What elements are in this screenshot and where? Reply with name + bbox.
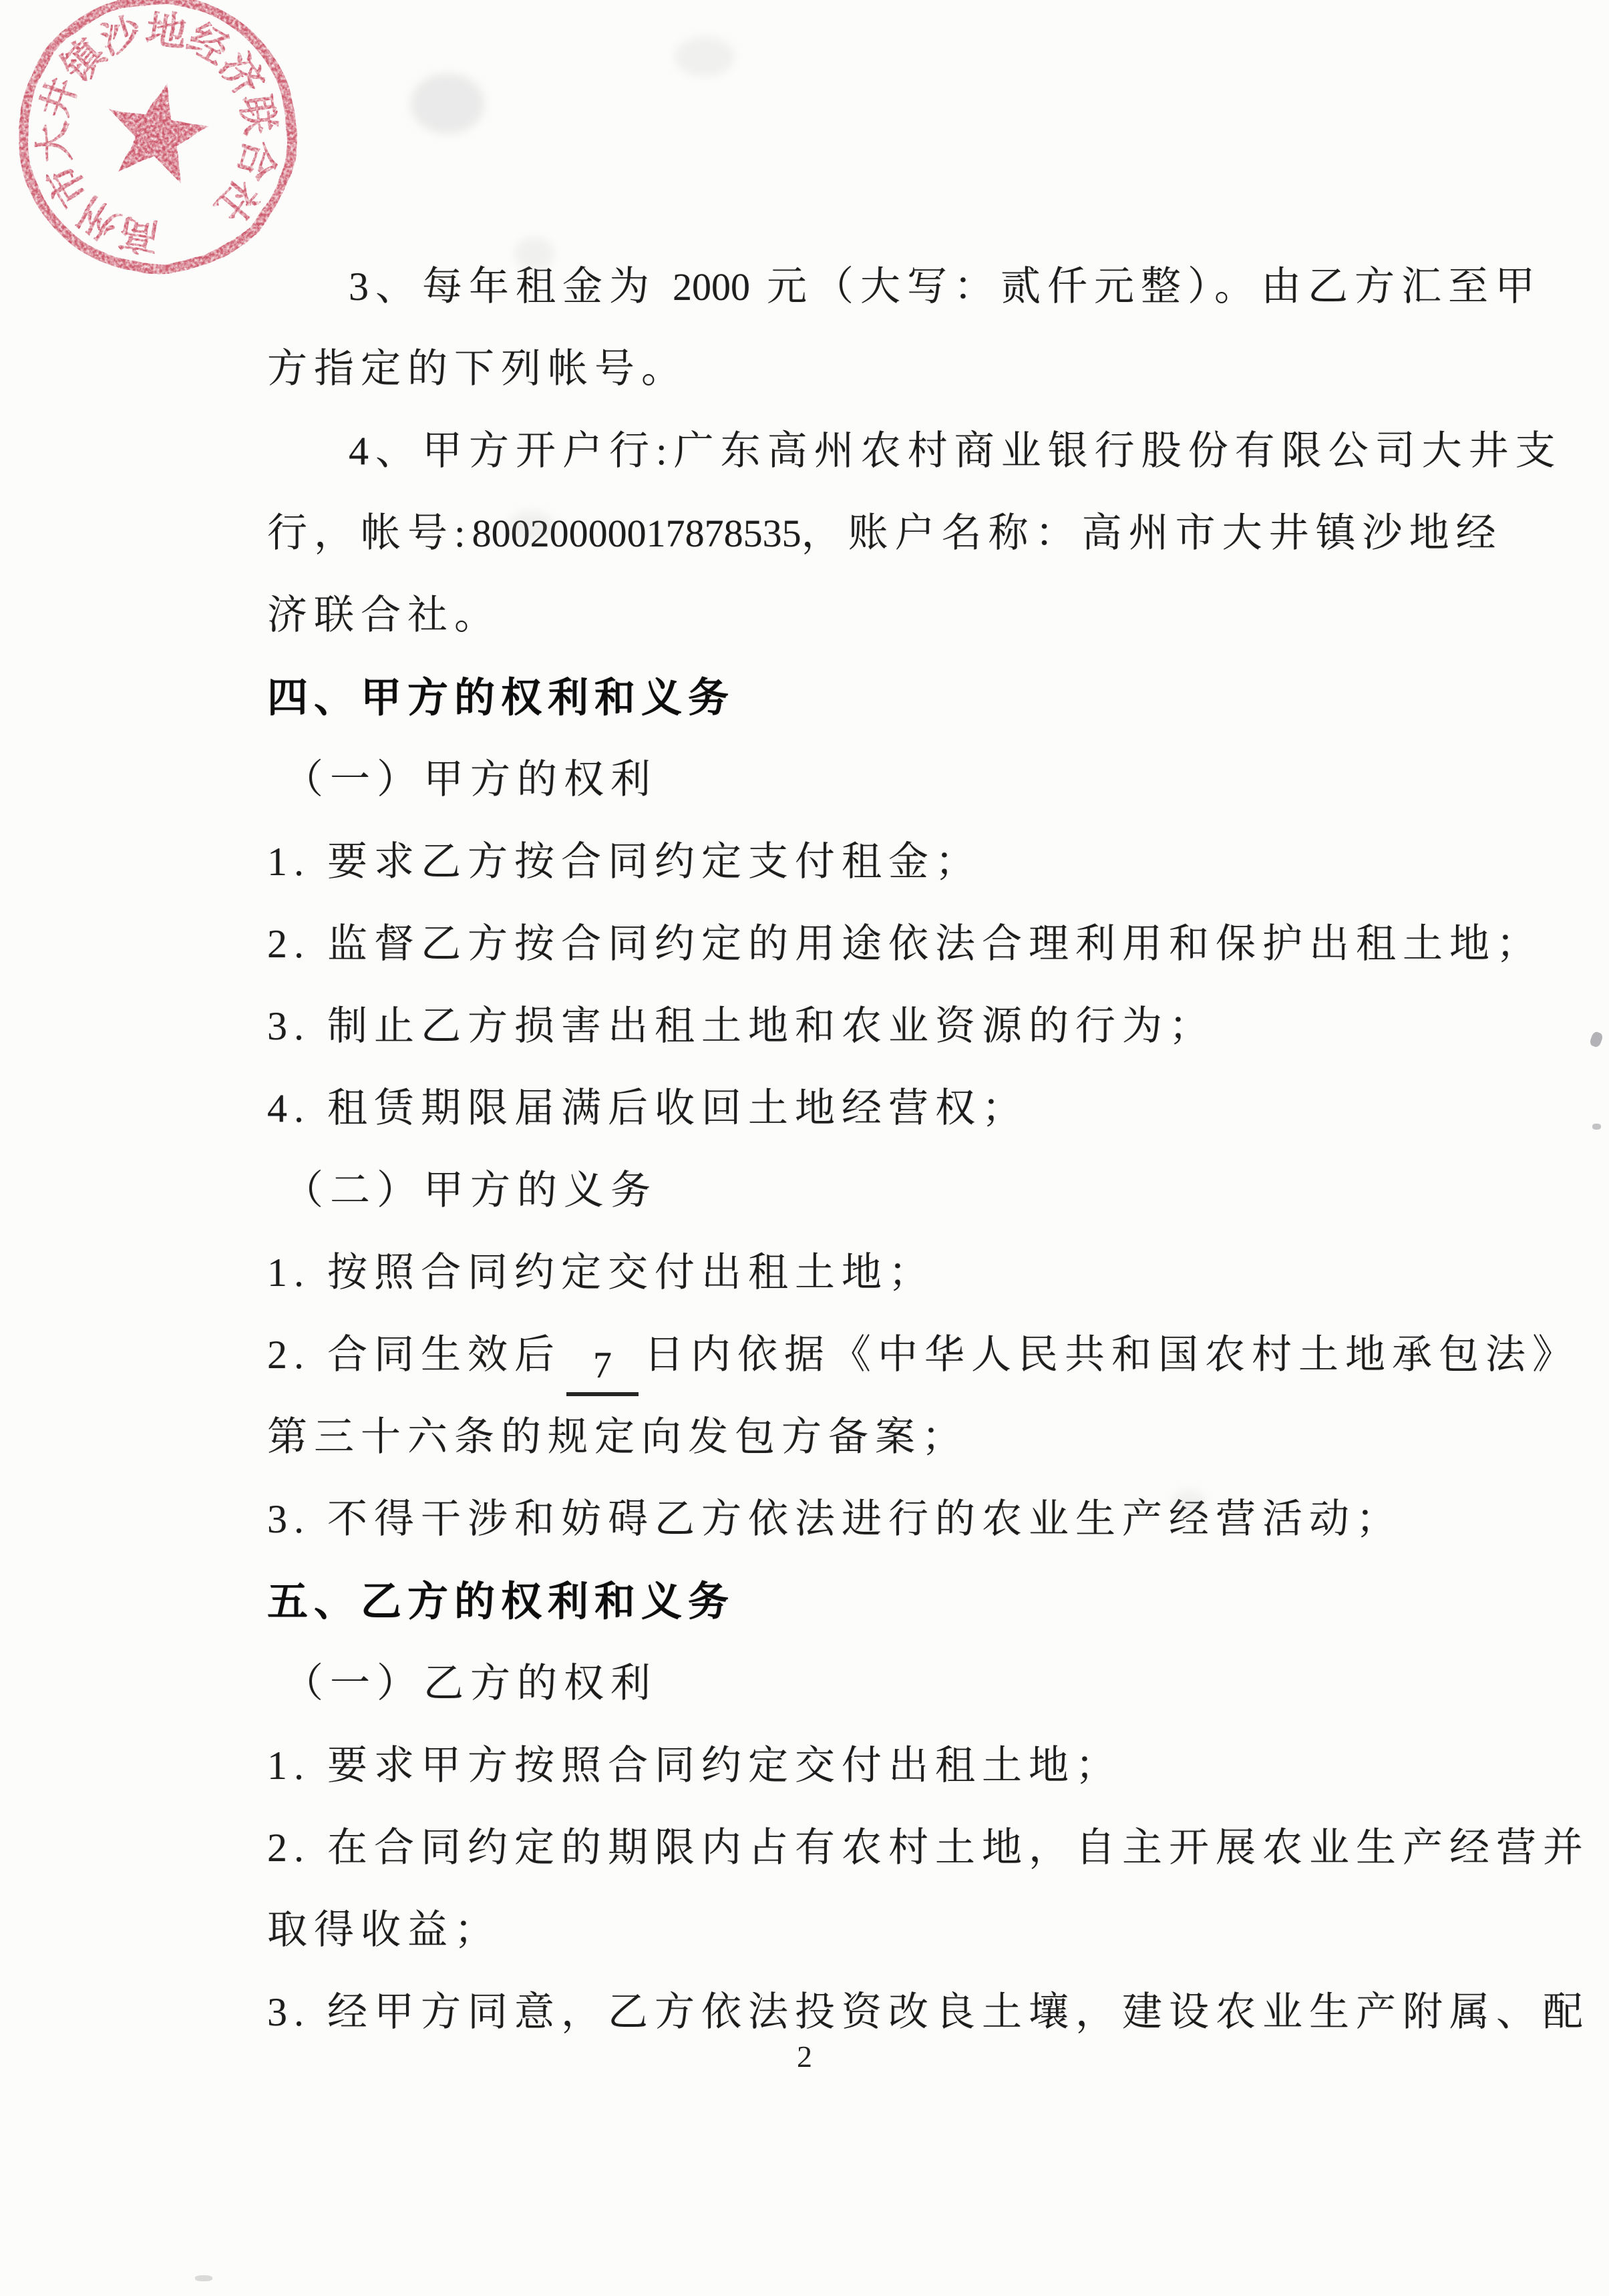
number-run: 2000 (673, 265, 750, 309)
text-run: 3. 不得干涉和妨碍乙方依法进行的农业生产经营活动； (267, 1497, 1403, 1541)
contract-line: （二）甲方的义务 (267, 1150, 1590, 1232)
contract-line: （一）甲方的权利 (267, 739, 1590, 821)
text-run: 2. 在合同约定的期限内占有农村土地，自主开展农业生产经营并 (267, 1826, 1590, 1870)
contract-line: 行，帐号:80020000017878535，账户名称：高州市大井镇沙地经 (267, 492, 1590, 575)
contract-line: 3. 制止乙方损害出租土地和农业资源的行为； (267, 985, 1590, 1068)
text-run: 行，帐号: (267, 511, 472, 555)
star-icon (100, 73, 216, 186)
section-heading: 四、甲方的权利和义务 (267, 657, 1590, 739)
contract-body: 3、每年租金为 2000 元（大写：贰仟元整）。由乙方汇至甲方指定的下列帐号。4… (267, 246, 1590, 2054)
scan-smudge (514, 237, 554, 271)
contract-line: 1. 要求乙方按合同约定支付租金； (267, 821, 1590, 903)
contract-line: 第三十六条的规定向发包方备案； (267, 1396, 1590, 1478)
scan-smudge (508, 511, 554, 541)
page-number: 2 (0, 2039, 1609, 2074)
text-run: 3. 经甲方同意，乙方依法投资改良土壤，建设农业生产附属、配 (267, 1990, 1590, 2034)
filled-blank: 7 (566, 1345, 639, 1396)
text-run: （一）甲方的权利 (283, 758, 657, 802)
contract-line: 取得收益； (267, 1889, 1590, 1971)
text-run: 元（大写：贰仟元整）。由乙方汇至甲 (750, 265, 1542, 309)
text-run: ，账户名称：高州市大井镇沙地经 (801, 511, 1503, 555)
text-run: 取得收益； (267, 1908, 501, 1952)
text-run: 3. 制止乙方损害出租土地和农业资源的行为； (267, 1004, 1216, 1048)
seal-character: 联 (233, 92, 283, 140)
scan-smudge (411, 73, 484, 134)
contract-line: 3、每年租金为 2000 元（大写：贰仟元整）。由乙方汇至甲 (267, 246, 1590, 328)
contract-line: 1. 要求甲方按照合同约定交付出租土地； (267, 1725, 1590, 1807)
scan-smudge (675, 37, 735, 77)
scan-speck (1592, 1124, 1601, 1130)
text-run: 济联合社。 (267, 593, 501, 637)
contract-line: 2. 监督乙方按合同约定的用途依法合理利用和保护出租土地； (267, 903, 1590, 985)
text-run: 第三十六条的规定向发包方备案； (267, 1415, 968, 1459)
text-run: 1. 要求乙方按合同约定支付租金； (267, 840, 982, 884)
contract-line: （一）乙方的权利 (267, 1643, 1590, 1725)
seal-character: 地 (144, 7, 188, 55)
contract-line: 2. 合同生效后7日内依据《中华人民共和国农村土地承包法》 (267, 1314, 1590, 1396)
seal-character: 大 (31, 121, 78, 165)
text-run: 方指定的下列帐号。 (267, 347, 688, 391)
scan-speck (1589, 1031, 1604, 1048)
text-run: 2. 合同生效后 (267, 1333, 561, 1377)
contract-page-scan: 高州市大井镇沙地经济联合社 3、每年租金为 2000 元（大写：贰仟元整）。由乙… (0, 0, 1609, 2296)
text-run: （二）甲方的义务 (283, 1168, 657, 1212)
text-run: （一）乙方的权利 (283, 1661, 657, 1705)
contract-line: 4. 租赁期限届满后收回土地经营权； (267, 1068, 1590, 1150)
text-run: 4. 租赁期限届满后收回土地经营权； (267, 1086, 1029, 1130)
contract-line: 3. 不得干涉和妨碍乙方依法进行的农业生产经营活动； (267, 1478, 1590, 1561)
text-run: 1. 按照合同约定交付出租土地； (267, 1251, 935, 1295)
contract-line: 4、甲方开户行:广东高州农村商业银行股份有限公司大井支 (267, 410, 1590, 492)
text-run: 4、甲方开户行:广东高州农村商业银行股份有限公司大井支 (349, 429, 1562, 473)
text-run: 2. 监督乙方按合同约定的用途依法合理利用和保护出租土地； (267, 922, 1543, 966)
section-heading: 五、乙方的权利和义务 (267, 1561, 1590, 1643)
scan-speck (195, 2275, 212, 2281)
text-run: 日内依据《中华人民共和国农村土地承包法》 (644, 1333, 1579, 1377)
contract-line: 1. 按照合同约定交付出租土地； (267, 1232, 1590, 1314)
contract-line: 2. 在合同约定的期限内占有农村土地，自主开展农业生产经营并 (267, 1807, 1590, 1889)
contract-line: 济联合社。 (267, 575, 1590, 657)
text-run: 五、乙方的权利和义务 (267, 1579, 735, 1624)
text-run: 四、甲方的权利和义务 (267, 675, 735, 720)
contract-line: 方指定的下列帐号。 (267, 328, 1590, 410)
text-run: 1. 要求甲方按照合同约定交付出租土地； (267, 1744, 1122, 1788)
scan-smudge (1172, 1490, 1206, 1514)
text-run: 3、每年租金为 (349, 265, 673, 309)
